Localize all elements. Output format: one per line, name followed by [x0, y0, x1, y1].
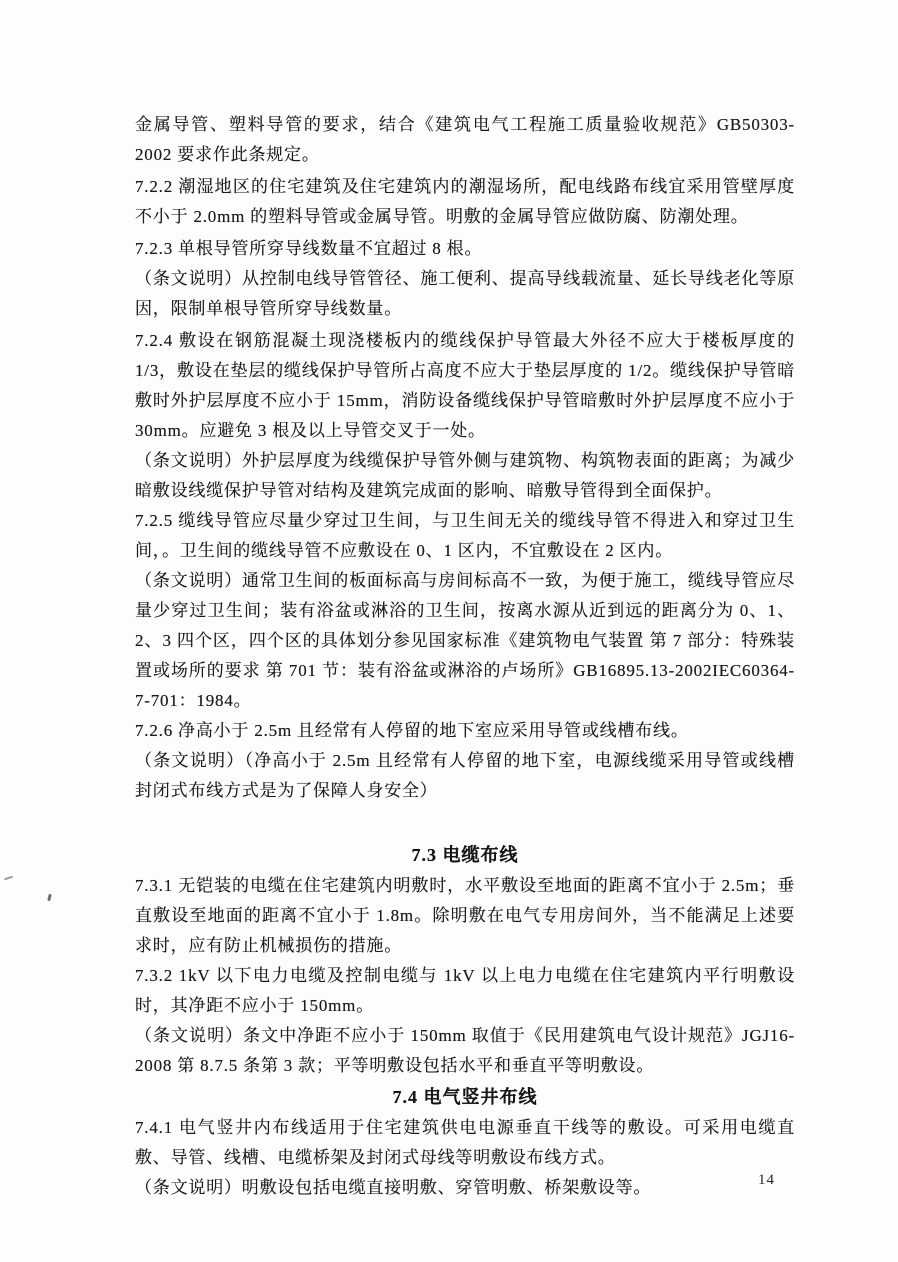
clause-7-4-1: 7.4.1 电气竖井内布线适用于住宅建筑供电电源垂直干线等的敷设。可采用电缆直敷… [135, 1113, 795, 1173]
section-heading-7-3: 7.3 电缆布线 [135, 839, 795, 871]
clause-7-3-1: 7.3.1 无铠装的电缆在住宅建筑内明敷时，水平敷设至地面的距离不宜小于 2.5… [135, 871, 795, 961]
clause-7-2-4: 7.2.4 敷设在钢筋混凝土现浇楼板内的缆线保护导管最大外径不应大于楼板厚度的 … [135, 326, 795, 446]
note-7-2-5: （条文说明）通常卫生间的板面标高与房间标高不一致，为便于施工，缆线导管应尽量少穿… [135, 566, 795, 716]
clause-7-3-2: 7.3.2 1kV 以下电力电缆及控制电缆与 1kV 以上电力电缆在住宅建筑内平… [135, 961, 795, 1021]
section-heading-7-4: 7.4 电气竖井布线 [135, 1081, 795, 1113]
clause-7-2-5: 7.2.5 缆线导管应尽量少穿过卫生间，与卫生间无关的缆线导管不得进入和穿过卫生… [135, 506, 795, 566]
scanned-document-page: 金属导管、塑料导管的要求，结合《建筑电气工程施工质量验收规范》GB50303-2… [0, 0, 898, 1262]
page-number: 14 [758, 1172, 775, 1189]
clause-7-2-3: 7.2.3 单根导管所穿导线数量不宜超过 8 根。 [135, 234, 795, 264]
note-7-2-6: （条文说明）（净高小于 2.5m 且经常有人停留的地下室，电源线缆采用导管或线槽… [135, 746, 795, 806]
scan-speckle [4, 876, 13, 881]
note-7-3-2: （条文说明）条文中净距不应小于 150mm 取值于《民用建筑电气设计规范》JGJ… [135, 1021, 795, 1081]
body-paragraph-continuation: 金属导管、塑料导管的要求，结合《建筑电气工程施工质量验收规范》GB50303-2… [135, 110, 795, 170]
scan-speckle [47, 894, 52, 902]
note-7-2-4: （条文说明）外护层厚度为线缆保护导管外侧与建筑物、构筑物表面的距离；为减少暗敷设… [135, 446, 795, 506]
clause-7-2-6: 7.2.6 净高小于 2.5m 且经常有人停留的地下室应采用导管或线槽布线。 [135, 716, 795, 746]
document-content: 金属导管、塑料导管的要求，结合《建筑电气工程施工质量验收规范》GB50303-2… [135, 110, 795, 1203]
note-7-2-3: （条文说明）从控制电线导管管径、施工便利、提高导线载流量、延长导线老化等原因，限… [135, 264, 795, 324]
note-7-4-1: （条文说明）明敷设包括电缆直接明敷、穿管明敷、桥架敷设等。 [135, 1173, 795, 1203]
clause-7-2-2: 7.2.2 潮湿地区的住宅建筑及住宅建筑内的潮湿场所，配电线路布线宜采用管壁厚度… [135, 172, 795, 232]
